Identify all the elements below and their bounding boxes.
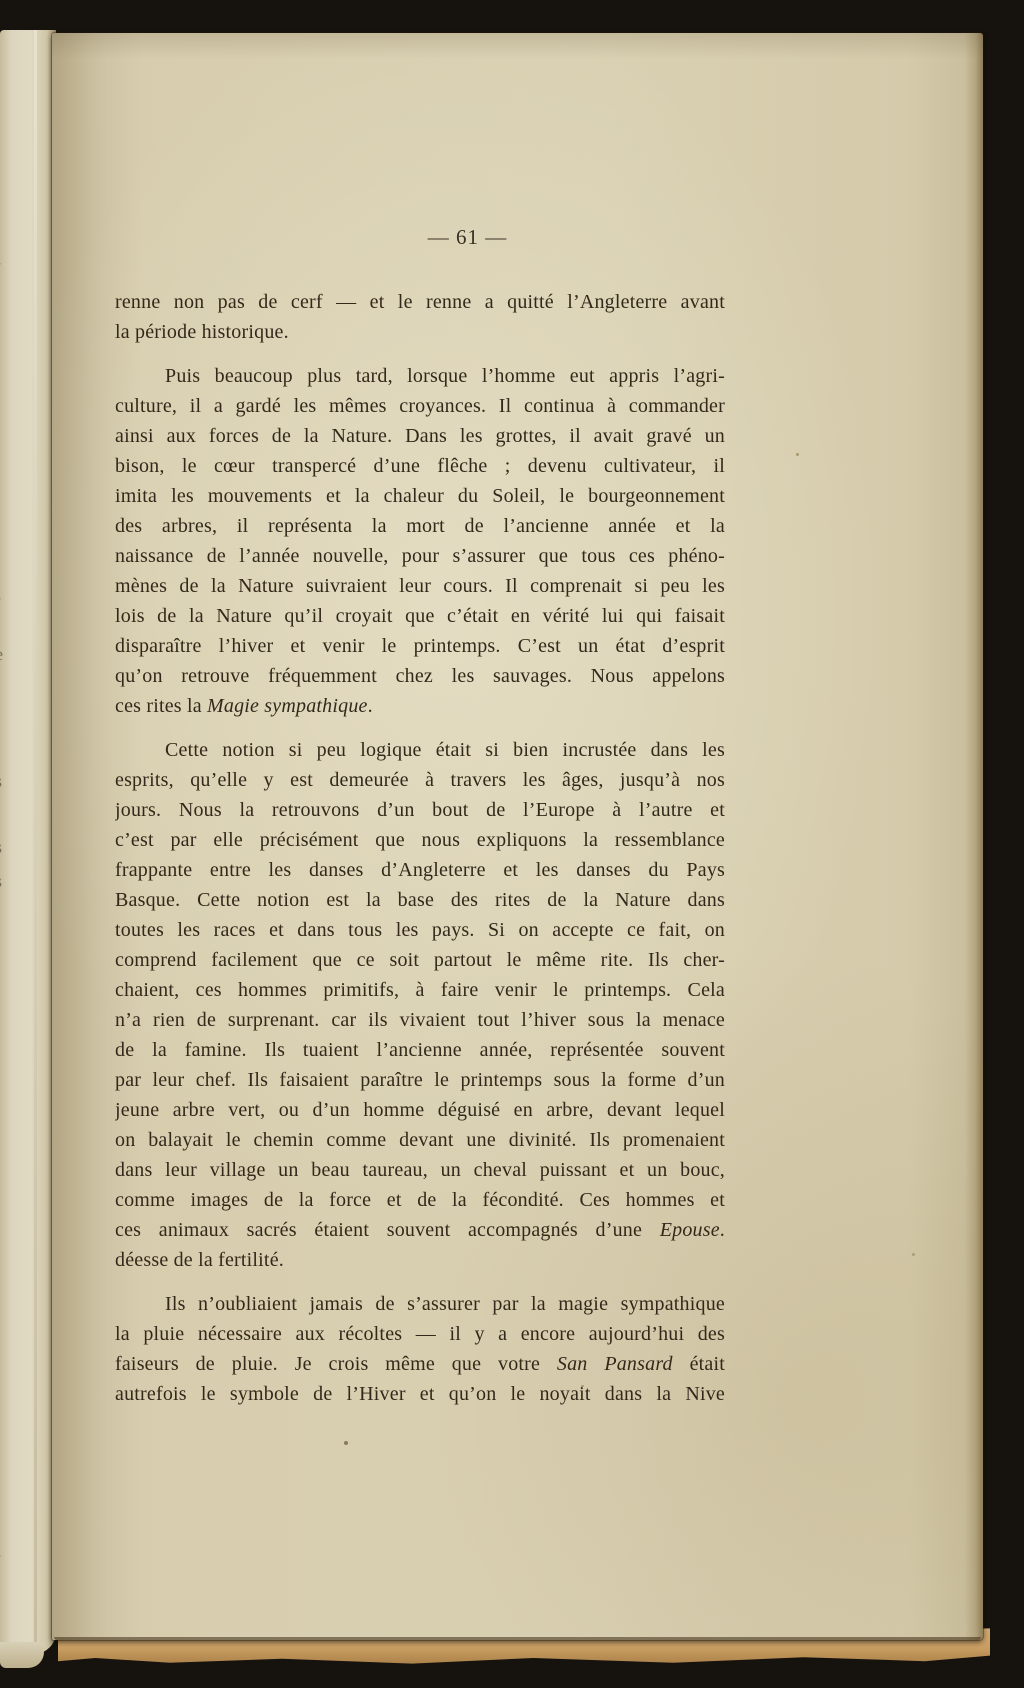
text-line: autrefois le symbole de l’Hiver et qu’on…	[115, 1379, 725, 1409]
text-line: dans leur village un beau taureau, un ch…	[115, 1155, 725, 1185]
text-line: déesse de la fertilité.	[115, 1245, 725, 1275]
text-line: ces rites la Magie sympathique.	[115, 691, 725, 721]
book-page: — 61 — renne non pas de cerf — et le ren…	[52, 33, 983, 1640]
book-photo: — 61 — renne non pas de cerf — et le ren…	[0, 0, 1024, 1688]
page-top-shading	[52, 33, 983, 59]
bleed-glyph: ·	[0, 1492, 1, 1510]
text-line: lois de la Nature qu’il croyait que c’ét…	[115, 601, 725, 631]
text-line: Cette notion si peu logique était si bie…	[115, 735, 725, 765]
text-line: toutes les races et dans tous les pays. …	[115, 915, 725, 945]
text-line: comme images de la force et de la fécond…	[115, 1185, 725, 1215]
text-line: chaient, ces hommes primitifs, à faire v…	[115, 975, 725, 1005]
text-line: Puis beaucoup plus tard, lorsque l’homme…	[115, 361, 725, 391]
paper-speck	[796, 453, 799, 456]
text-line: par leur chef. Ils faisaient paraître le…	[115, 1065, 725, 1095]
text-line: disparaître l’hiver et venir le printemp…	[115, 631, 725, 661]
text-line: imita les mouvements et la chaleur du So…	[115, 481, 725, 511]
text-line: n’a rien de surprenant. car ils vivaient…	[115, 1005, 725, 1035]
text-line: des arbres, il représenta la mort de l’a…	[115, 511, 725, 541]
text-line: mènes de la Nature suivraient leur cours…	[115, 571, 725, 601]
text-line: bison, le cœur transpercé d’une flêche ;…	[115, 451, 725, 481]
paragraph: Puis beaucoup plus tard, lorsque l’homme…	[115, 361, 725, 721]
text-line: Ils n’oubliaient jamais de s’assurer par…	[115, 1289, 725, 1319]
paper-speck	[912, 1253, 915, 1256]
text-line: on balayait le chemin comme devant une d…	[115, 1125, 725, 1155]
text-line: la période historique.	[115, 317, 725, 347]
paper-speck	[344, 1441, 348, 1445]
text-line: culture, il a gardé les mêmes croyances.…	[115, 391, 725, 421]
bleed-glyph: s	[0, 872, 2, 890]
text-line: esprits, qu’elle y est demeurée à traver…	[115, 765, 725, 795]
paragraph: Cette notion si peu logique était si bie…	[115, 735, 725, 1275]
bleed-glyph: -	[0, 1545, 1, 1563]
bleed-glyph: -	[0, 588, 1, 606]
bleed-glyph: e	[0, 645, 3, 663]
text-line: ces animaux sacrés étaient souvent accom…	[115, 1215, 725, 1245]
bleed-glyph: ·	[0, 712, 1, 730]
text-line: c’est par elle précisément que nous expl…	[115, 825, 725, 855]
bleed-glyph: -	[0, 253, 1, 271]
paragraph: Ils n’oubliaient jamais de s’assurer par…	[115, 1289, 725, 1409]
bleed-glyph: ·	[0, 310, 1, 328]
bleed-glyph: s	[0, 838, 2, 856]
text-line: renne non pas de cerf — et le renne a qu…	[115, 287, 725, 317]
text-block: — 61 — renne non pas de cerf — et le ren…	[115, 222, 725, 1409]
bleed-glyph: s	[0, 772, 2, 790]
page-number: — 61 —	[115, 222, 725, 252]
paragraph: renne non pas de cerf — et le renne a qu…	[115, 287, 725, 347]
text-line: la pluie nécessaire aux récoltes — il y …	[115, 1319, 725, 1349]
text-line: frappante entre les danses d’Angleterre …	[115, 855, 725, 885]
text-line: naissance de l’année nouvelle, pour s’as…	[115, 541, 725, 571]
text-line: jeune arbre vert, ou d’un homme déguisé …	[115, 1095, 725, 1125]
opposite-page-bleed-text: -·-e·sss:·-	[0, 0, 14, 1688]
text-line: jours. Nous la retrouvons d’un bout de l…	[115, 795, 725, 825]
text-line: faiseurs de pluie. Je crois même que vot…	[115, 1349, 725, 1379]
paper-speck	[581, 1385, 584, 1387]
text-line: comprend facilement que ce soit partout …	[115, 945, 725, 975]
page-bottom-edge	[54, 1637, 981, 1640]
text-line: de la famine. Ils tuaient l’ancienne ann…	[115, 1035, 725, 1065]
text-line: ainsi aux forces de la Nature. Dans les …	[115, 421, 725, 451]
text-line: qu’on retrouve fréquemment chez les sauv…	[115, 661, 725, 691]
text-line: Basque. Cette notion est la base des rit…	[115, 885, 725, 915]
